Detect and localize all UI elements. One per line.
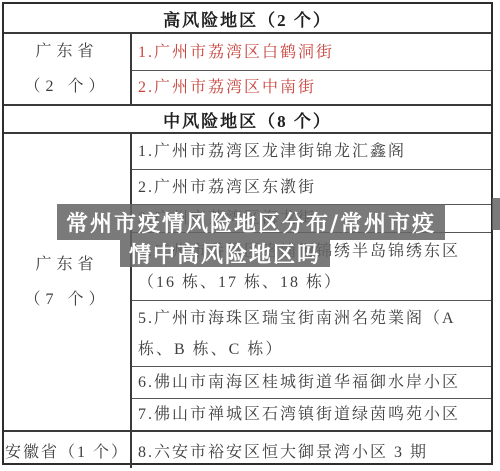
medium-risk-row-7: 7.佛山市禅城区石湾镇街道绿茵鸣苑小区 bbox=[132, 399, 491, 430]
province-cell-anhui: 安徽省（1 个） bbox=[4, 432, 130, 468]
medium-risk-row-5: 5.广州市海珠区瑞宝街南洲名苑業阁（A 栋、B 栋、C 栋） bbox=[132, 301, 491, 367]
province-cell-guangdong-medium: 广东省 （7 个） bbox=[4, 134, 130, 430]
province-count: （7 个） bbox=[24, 282, 109, 317]
high-risk-rows: 1.广州市荔湾区白鹤洞街 2.广州市荔湾区中南街 bbox=[130, 34, 491, 104]
medium-risk-row-1: 1.广州市荔湾区龙津街锦龙汇鑫阁 bbox=[132, 134, 491, 170]
medium-risk-body: 广东省 （7 个） 1.广州市荔湾区龙津街锦龙汇鑫阁 2.广州市荔湾区东漖街 3… bbox=[4, 134, 491, 430]
medium-risk-row-8: 8.六安市裕安区恒大御景湾小区 3 期 bbox=[130, 432, 491, 468]
high-risk-row-1: 1.广州市荔湾区白鹤洞街 bbox=[132, 34, 491, 71]
medium-risk-row-6: 6.佛山市南海区桂城街道华福御水岸小区 bbox=[132, 367, 491, 399]
province-name: 广东省 bbox=[35, 247, 98, 282]
medium-risk-row-2: 2.广州市荔湾区东漖街 bbox=[132, 170, 491, 205]
high-risk-header: 高风险地区（2 个） bbox=[4, 4, 491, 34]
medium-risk-row-3: 3.广州市荔湾区海龙街 bbox=[132, 205, 491, 233]
high-risk-body: 广东省 （2 个） 1.广州市荔湾区白鹤洞街 2.广州市荔湾区中南街 bbox=[4, 34, 491, 104]
medium-risk-header: 中风险地区（8 个） bbox=[4, 104, 491, 134]
risk-table: 高风险地区（2 个） 广东省 （2 个） 1.广州市荔湾区白鹤洞街 2.广州市荔… bbox=[2, 2, 493, 465]
medium-risk-row-4: 4.广州市番禺区洛浦街锦绣半岛锦绣东区（16 栋、17 栋、18 栋） bbox=[132, 233, 491, 301]
province-cell-guangdong-high: 广东省 （2 个） bbox=[4, 34, 130, 104]
anhui-row: 安徽省（1 个） 8.六安市裕安区恒大御景湾小区 3 期 bbox=[4, 430, 491, 468]
overlay-edge-fragment bbox=[492, 198, 500, 230]
high-risk-row-2: 2.广州市荔湾区中南街 bbox=[132, 71, 491, 104]
medium-risk-rows: 1.广州市荔湾区龙津街锦龙汇鑫阁 2.广州市荔湾区东漖街 3.广州市荔湾区海龙街… bbox=[130, 134, 491, 430]
province-count: （2 个） bbox=[24, 69, 109, 104]
province-name: 广东省 bbox=[35, 34, 98, 69]
risk-area-document: 高风险地区（2 个） 广东省 （2 个） 1.广州市荔湾区白鹤洞街 2.广州市荔… bbox=[0, 0, 500, 471]
